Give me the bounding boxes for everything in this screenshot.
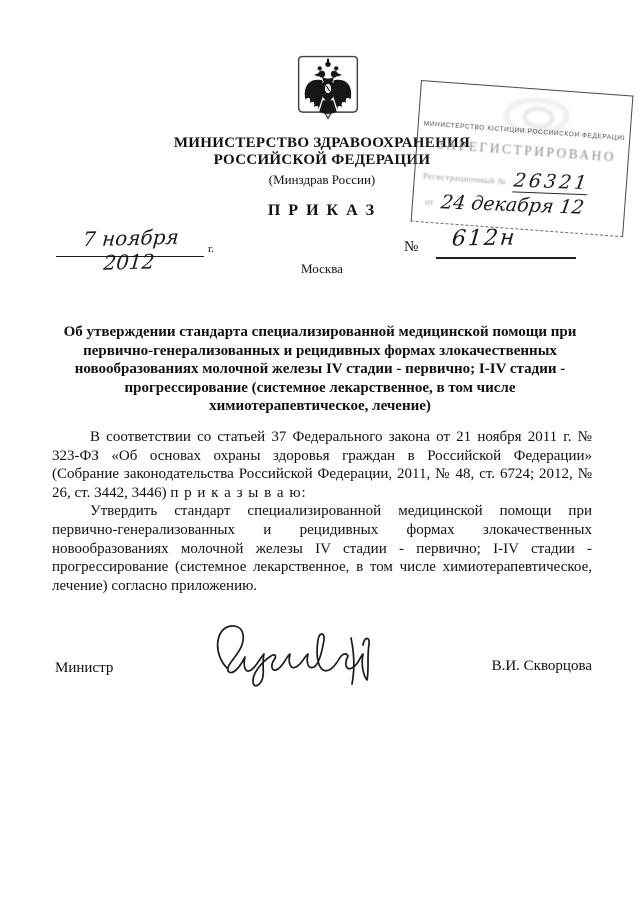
title-line: новообразованиях молочной железы IV стад…	[58, 360, 582, 379]
document-page: МИНИСТЕРСТВО ЗДРАВООХРАНЕНИЯ РОССИЙСКОЙ …	[0, 0, 640, 905]
title-line: первично-генерализованных и рецидивных ф…	[58, 342, 582, 361]
handwritten-number: 612н	[451, 225, 518, 251]
stamp-reg-number-label: Регистрационный №	[423, 170, 507, 186]
date-suffix: г.	[208, 243, 214, 255]
document-title: Об утверждении стандарта специализирован…	[58, 323, 582, 416]
signer-position: Министр	[55, 660, 113, 677]
stamp-reg-date-value: 24 декабря 12	[440, 191, 586, 218]
registration-stamp: МИНИСТЕРСТВО ЮСТИЦИИ РОССИЙСКОЙ ФЕДЕРАЦИ…	[411, 80, 634, 237]
date-field: 7 ноября 2012	[56, 226, 204, 257]
stamp-reg-number-value: 26321	[513, 169, 592, 195]
title-line: химиотерапевтическое, лечение)	[58, 397, 582, 416]
paragraph-1-keyword: п р и к а з ы в а ю:	[170, 485, 306, 501]
stamp-reg-date-label: от	[425, 197, 434, 208]
number-underline	[436, 257, 576, 259]
title-line: Об утверждении стандарта специализирован…	[58, 323, 582, 342]
body-paragraph-2: Утвердить стандарт специализированной ме…	[52, 502, 592, 595]
city-label: Москва	[2, 261, 640, 277]
paragraph-1-text: В соответствии со статьей 37 Федеральног…	[52, 429, 592, 501]
body-paragraph-1: В соответствии со статьей 37 Федеральног…	[52, 428, 592, 502]
signer-name: В.И. Скворцова	[492, 658, 592, 675]
number-label: №	[404, 239, 418, 256]
stamp-registered-label: ЗАРЕГИСТРИРОВАНО	[437, 136, 617, 165]
minister-signature	[203, 618, 403, 693]
document-body: В соответствии со статьей 37 Федеральног…	[52, 428, 592, 595]
title-line: прогрессирование (системное лекарственно…	[58, 379, 582, 398]
coat-of-arms-icon	[297, 55, 359, 125]
